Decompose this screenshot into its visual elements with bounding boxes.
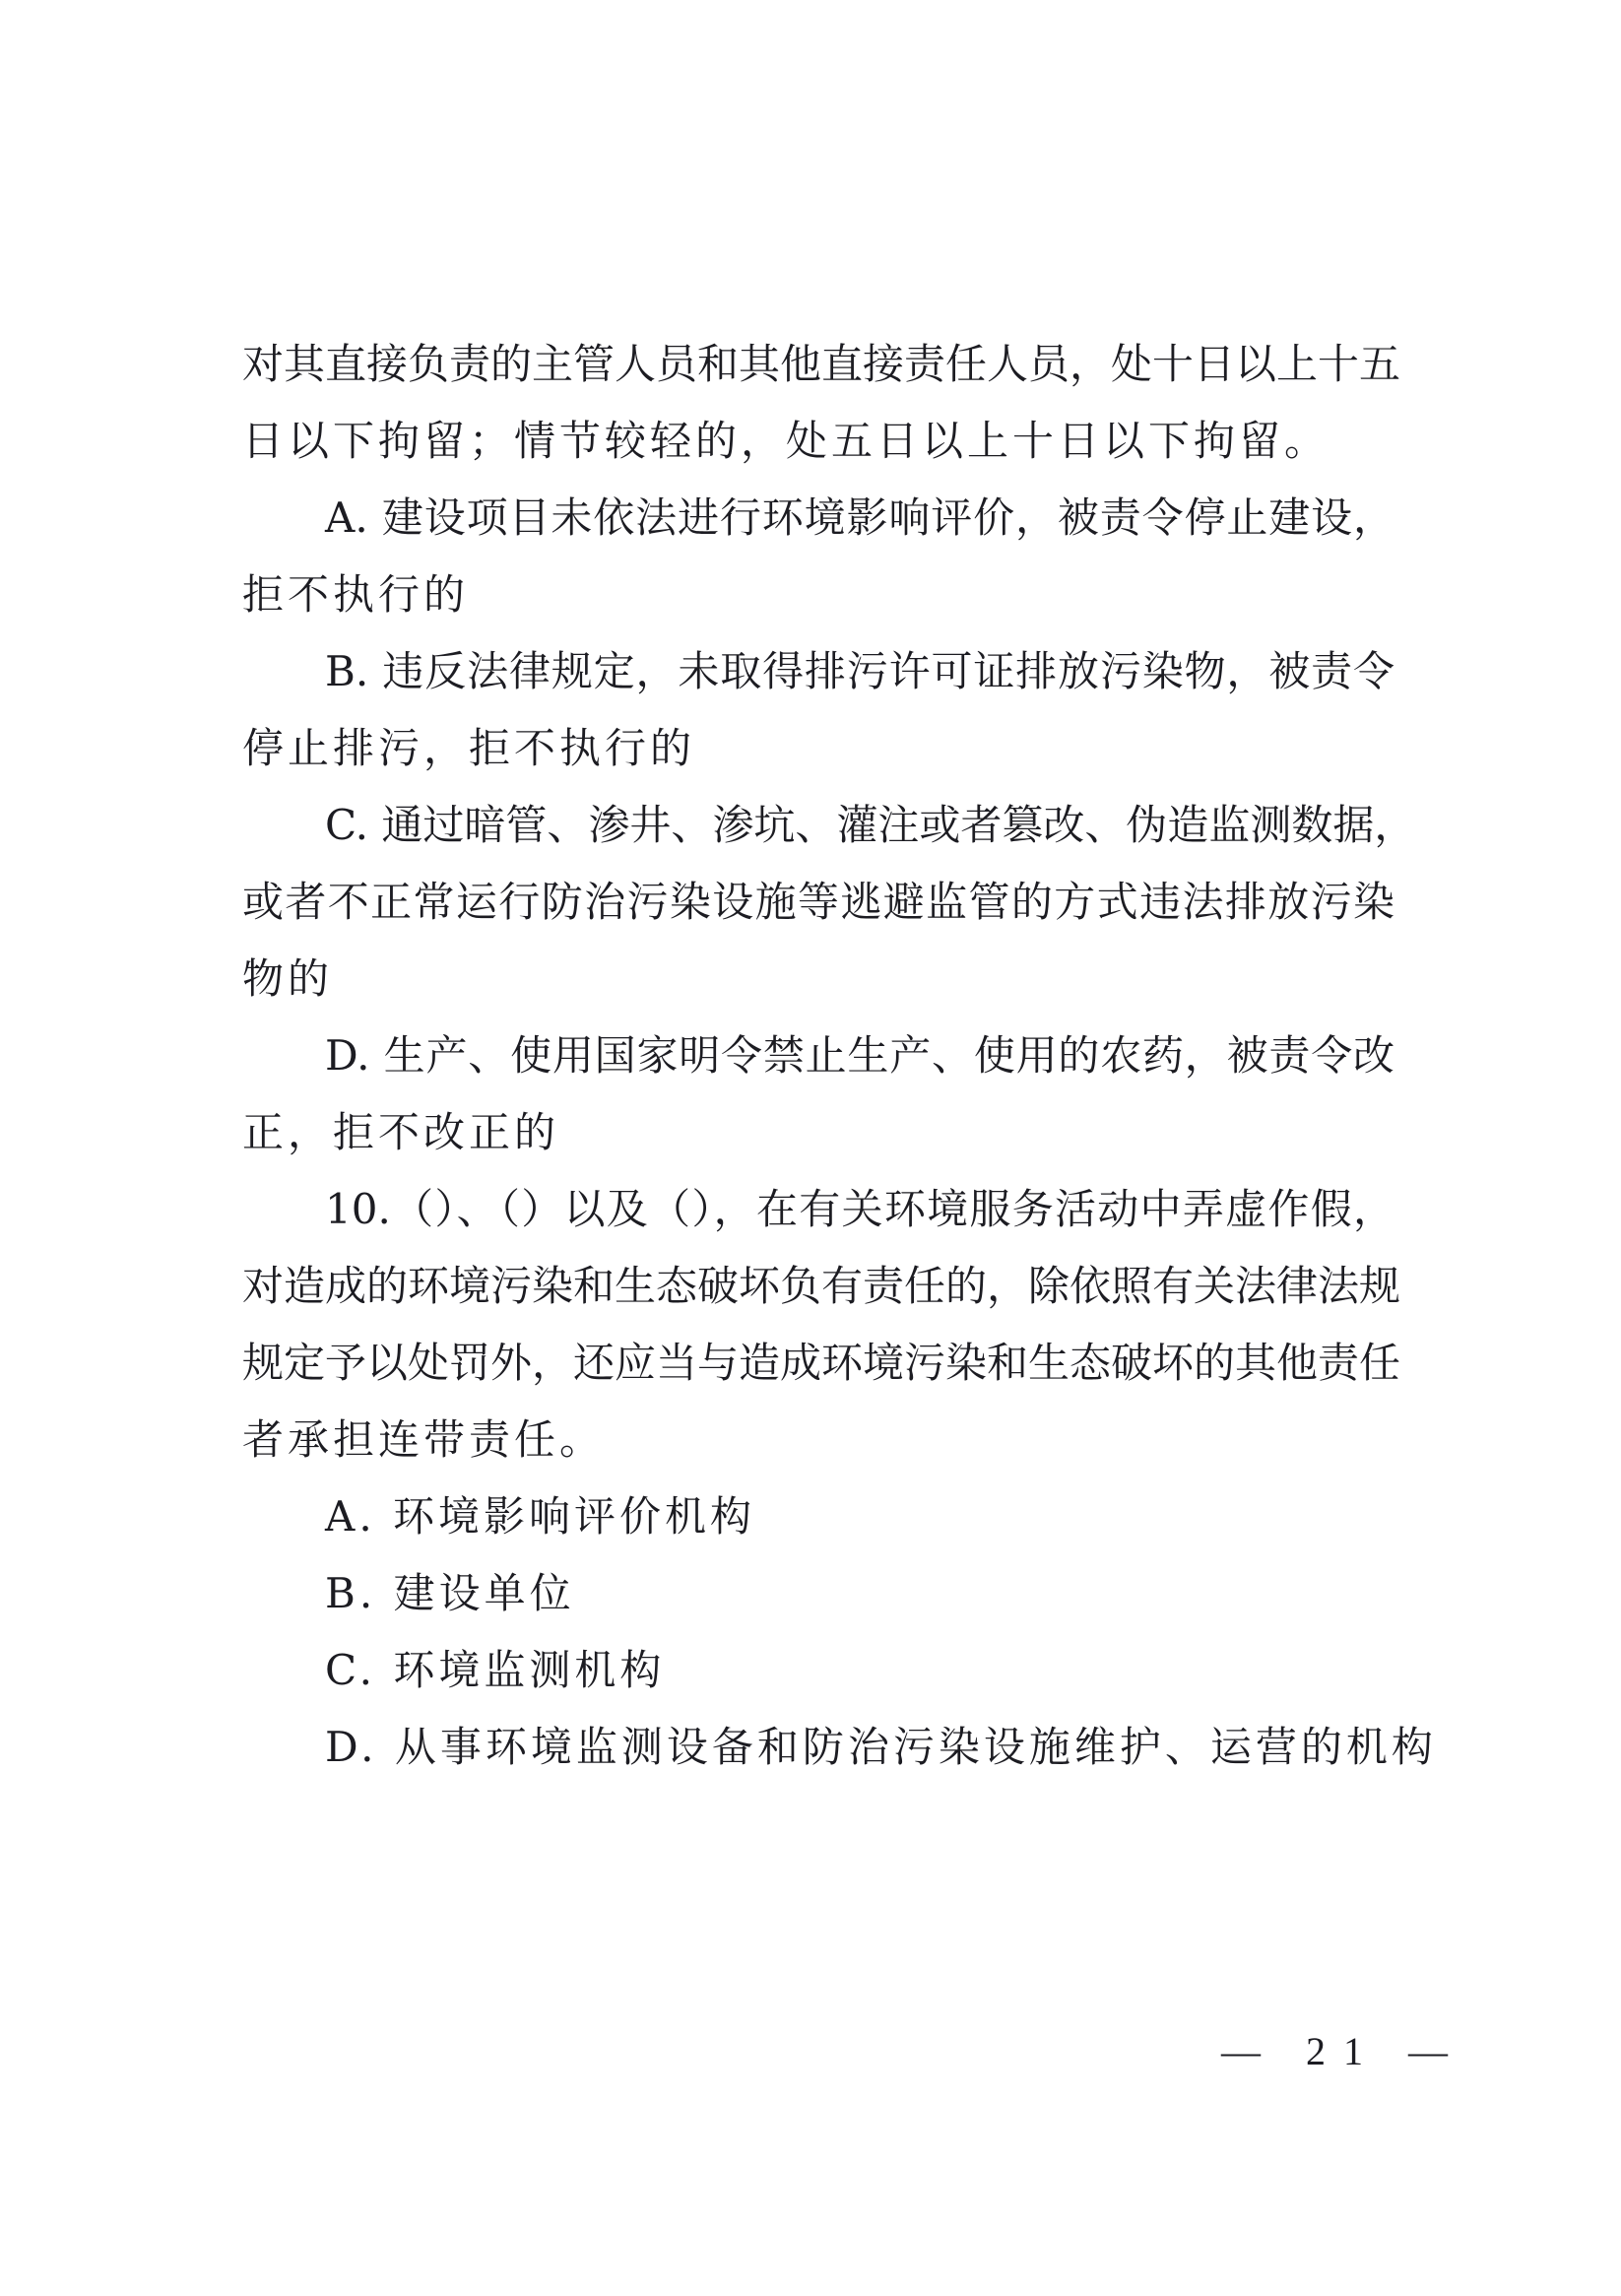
q10-option-c: C. 环境监测机构 (325, 1646, 665, 1695)
paragraph-line: 日以下拘留；情节较轻的，处五日以上十日以下拘留。 (242, 417, 1329, 466)
question-10-continuation: 者承担连带责任。 (242, 1415, 605, 1465)
option-c-continuation: 或者不正常运行防治污染设施等逃避监管的方式违法排放污染 (242, 878, 1394, 927)
option-b-line: B. 违反法律规定，未取得排污许可证排放污染物，被责令 (325, 647, 1394, 696)
question-10-continuation: 对造成的环境污染和生态破坏负有责任的，除依照有关法律法规 (242, 1262, 1394, 1311)
option-b-continuation: 停止排污，拒不执行的 (242, 724, 695, 773)
option-c-continuation: 物的 (242, 954, 333, 1004)
option-a-continuation: 拒不执行的 (242, 570, 469, 620)
question-10-line: 10.（）、（）以及（），在有关环境服务活动中弄虚作假， (325, 1185, 1394, 1234)
paragraph-line: 对其直接负责的主管人员和其他直接责任人员，处十日以上十五 (242, 340, 1394, 389)
q10-option-a: A. 环境影响评价机构 (325, 1492, 755, 1542)
question-10-continuation: 规定予以处罚外，还应当与造成环境污染和生态破坏的其他责任 (242, 1339, 1394, 1388)
option-a-line: A. 建设项目未依法进行环境影响评价，被责令停止建设， (325, 493, 1394, 543)
option-c-line: C. 通过暗管、渗井、渗坑、灌注或者篡改、伪造监测数据， (325, 801, 1394, 850)
q10-option-d: D. 从事环境监测设备和防治污染设施维护、运营的机构 (325, 1723, 1437, 1772)
page-number: — 21 — (1221, 2027, 1465, 2076)
option-d-line: D. 生产、使用国家明令禁止生产、使用的农药，被责令改 (325, 1031, 1394, 1081)
option-d-continuation: 正，拒不改正的 (242, 1108, 559, 1157)
q10-option-b: B. 建设单位 (325, 1569, 575, 1618)
